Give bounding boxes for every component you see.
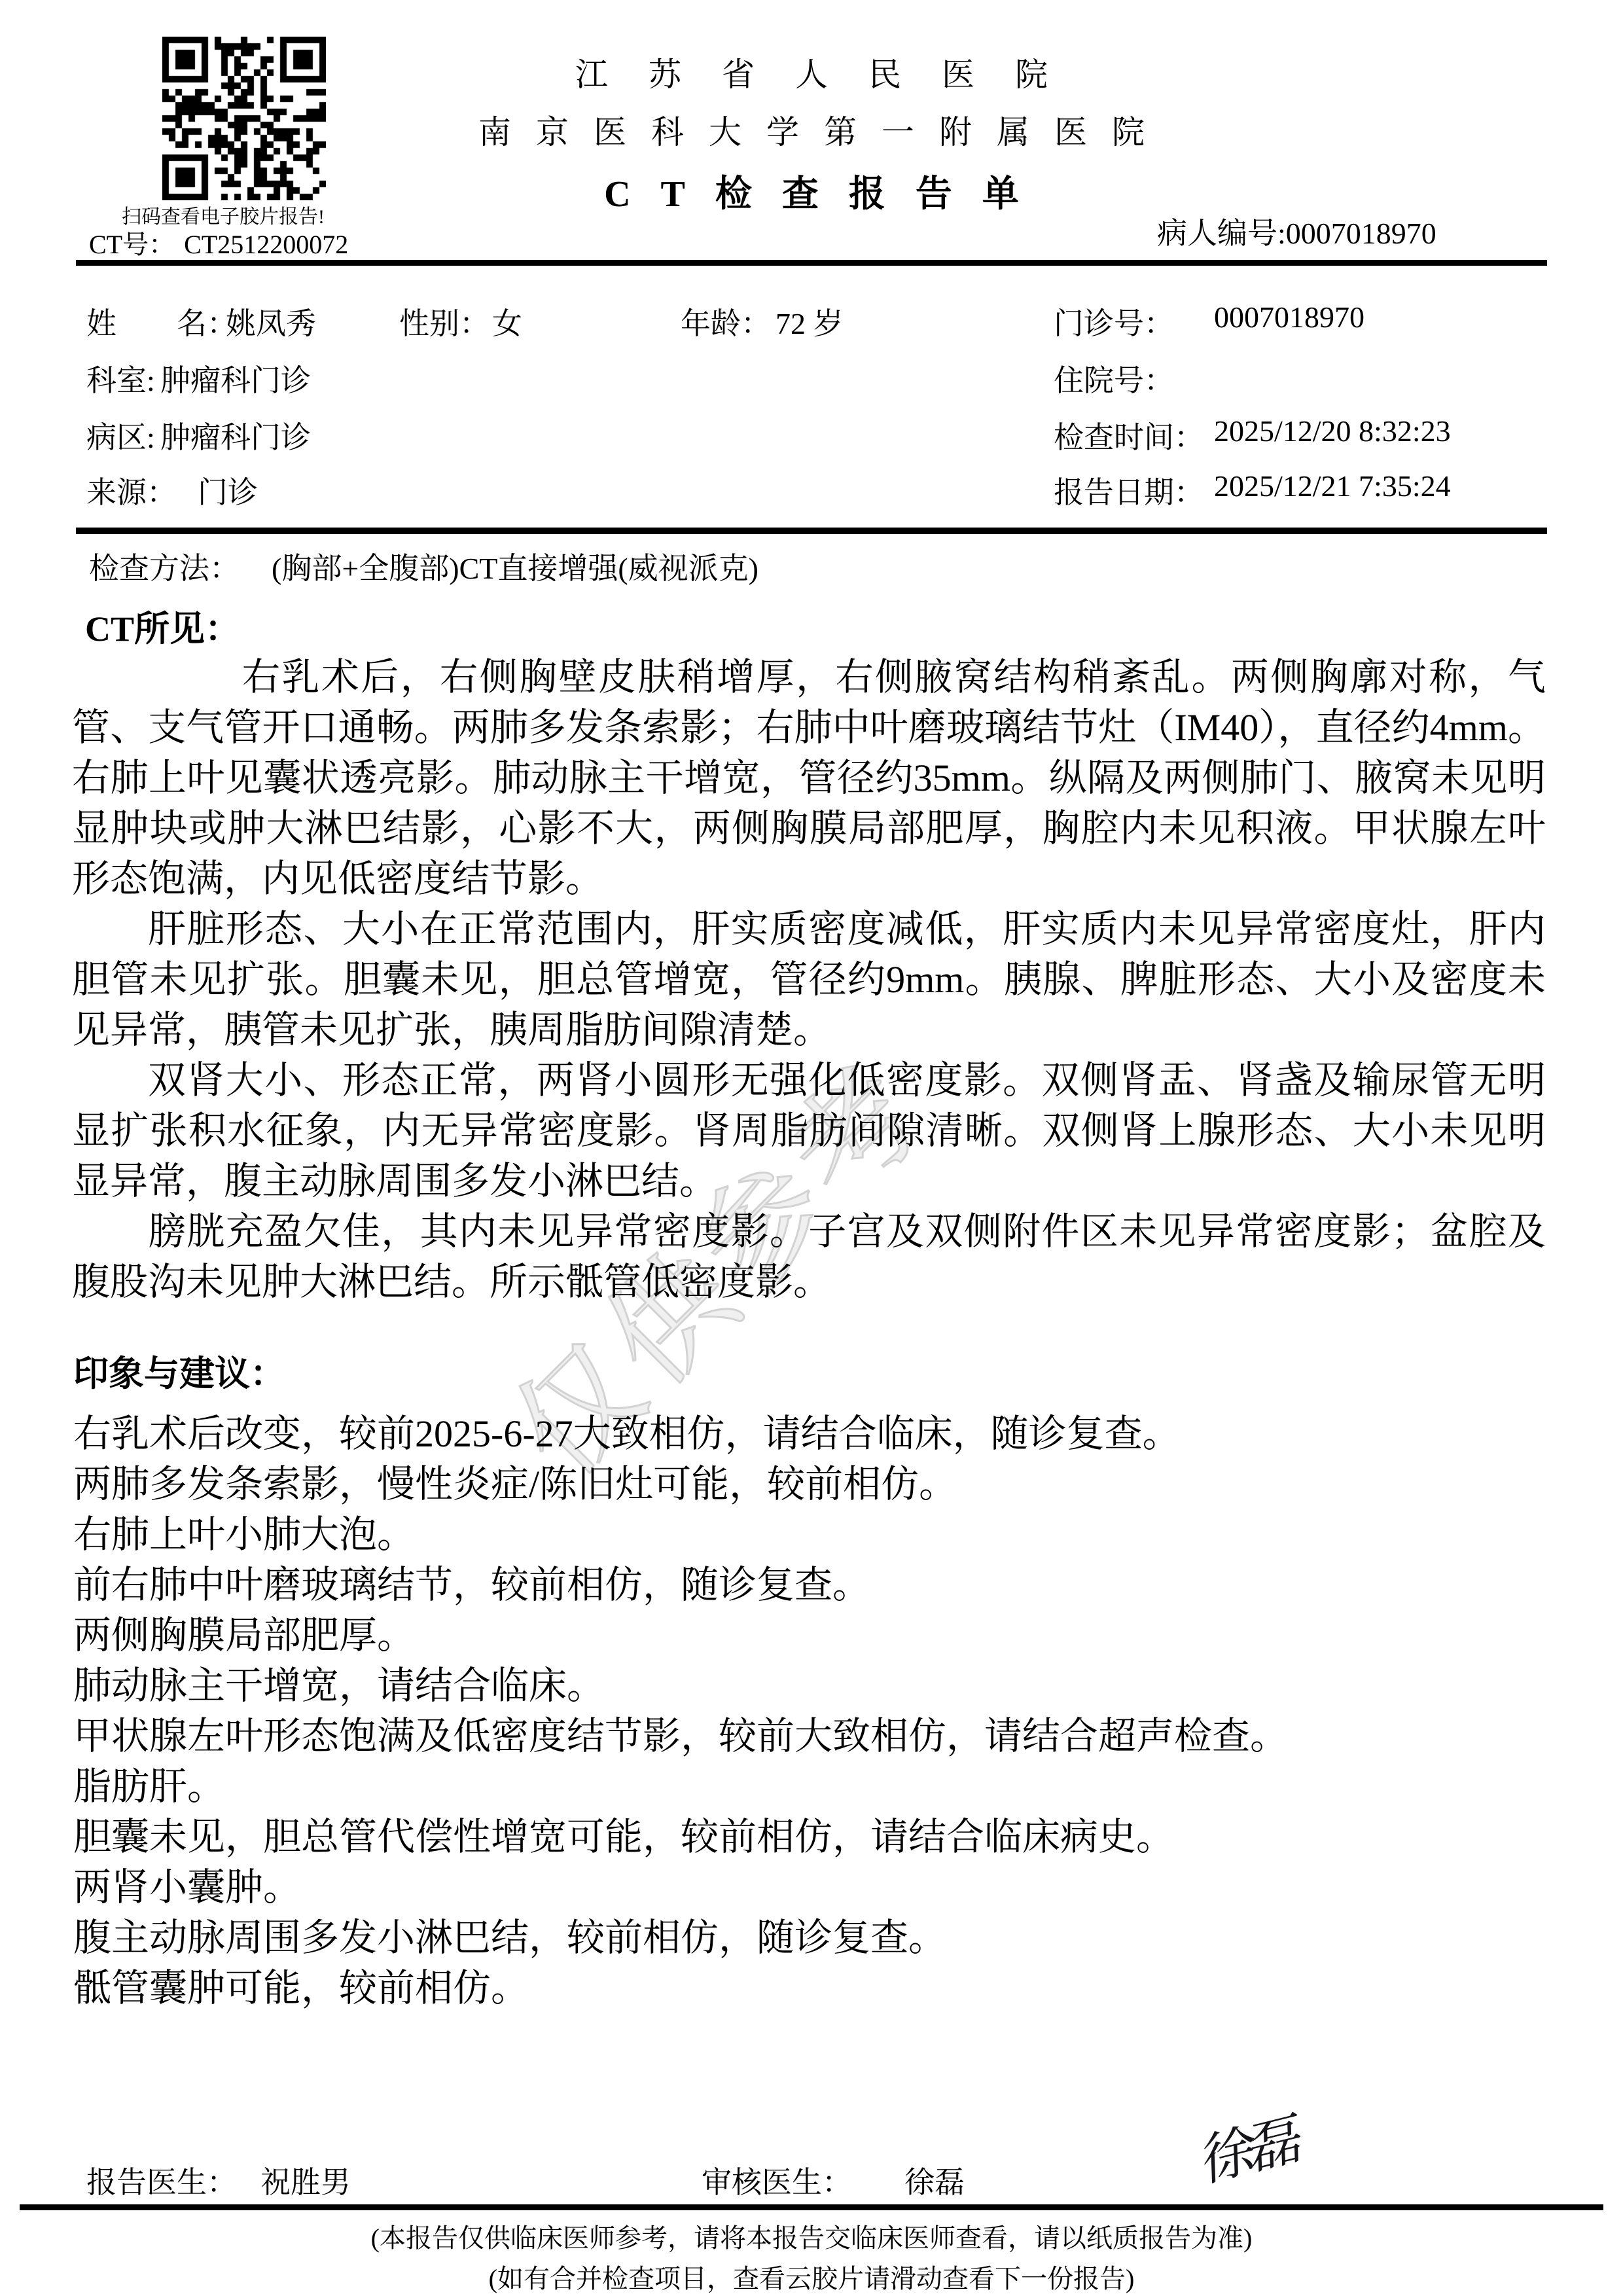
- report-date-value: 2025/12/21 7:35:24: [1214, 469, 1451, 503]
- impression-item: 肺动脉主干增宽，请结合临床。: [73, 1660, 1578, 1711]
- impression-item: 骶管囊肿可能，较前相仿。: [73, 1963, 1578, 2013]
- impression-item: 两侧胸膜局部肥厚。: [73, 1610, 1578, 1660]
- department-label: 科室:: [86, 357, 155, 400]
- department-value: 肿瘤科门诊: [160, 357, 311, 400]
- findings-paragraph: 右乳术后，右侧胸壁皮肤稍增厚，右侧腋窝结构稍紊乱。两侧胸廓对称，气管、支气管开口…: [72, 652, 1546, 904]
- impression-item: 腹主动脉周围多发小淋巴结，较前相仿，随诊复查。: [73, 1912, 1578, 1963]
- impression-item: 两肾小囊肿。: [73, 1862, 1578, 1912]
- review-doctor-label: 审核医生：: [702, 2159, 852, 2202]
- ct-number: CT号：CT2512200072: [89, 224, 348, 261]
- impression-item: 右肺上叶小肺大泡。: [73, 1509, 1578, 1560]
- ward-label: 病区:: [86, 414, 155, 457]
- impression-item: 胆囊未见，胆总管代偿性增宽可能，较前相仿，请结合临床病史。: [73, 1812, 1578, 1862]
- report-doctor-value: 祝胜男: [260, 2159, 351, 2202]
- impression-item: 两肺多发条索影，慢性炎症/陈旧灶可能，较前相仿。: [73, 1459, 1578, 1509]
- findings-heading: CT所见：: [85, 601, 240, 651]
- hospital-name-primary: 江苏省人民医院: [0, 48, 1623, 96]
- impression-item: 前右肺中叶磨玻璃结节，较前相仿，随诊复查。: [73, 1560, 1578, 1610]
- divider-top: [76, 260, 1547, 266]
- reviewer-signature: 徐磊: [1201, 2094, 1298, 2198]
- footer-note-2: (如有合并检查项目，查看云胶片请滑动查看下一份报告): [0, 2258, 1623, 2295]
- exam-time-label: 检查时间：: [1054, 414, 1204, 457]
- inpatient-label: 住院号：: [1054, 357, 1174, 400]
- outpatient-value: 0007018970: [1214, 300, 1364, 334]
- impression-list: 右乳术后改变，较前2025-6-27大致相仿，请结合临床，随诊复查。 两肺多发条…: [73, 1408, 1578, 2013]
- report-date-label: 报告日期：: [1054, 469, 1204, 512]
- age-label: 年龄：: [681, 300, 771, 343]
- ct-number-label: CT号：: [89, 230, 175, 259]
- ct-report-page: 仅供参考 扫码查看电子胶片报告! CT号：CT2512200072 江苏省人民医…: [0, 0, 1623, 2296]
- impression-item: 右乳术后改变，较前2025-6-27大致相仿，请结合临床，随诊复查。: [73, 1408, 1578, 1459]
- footer-note-1: (本报告仅供临床医师参考，请将本报告交临床医师查看，请以纸质报告为准): [0, 2217, 1623, 2255]
- review-doctor-value: 徐磊: [904, 2159, 965, 2202]
- impression-item: 脂肪肝。: [73, 1761, 1578, 1812]
- name-value: 姚凤秀: [226, 300, 316, 343]
- age-value: 72 岁: [776, 300, 844, 343]
- findings-paragraph: 膀胱充盈欠佳，其内未见异常密度影。子宫及双侧附件区未见异常密度影；盆腔及腹股沟未…: [72, 1206, 1546, 1307]
- gender-label: 性别：: [399, 300, 490, 343]
- exam-method-value: (胸部+全腹部)CT直接增强(威视派克): [272, 545, 758, 588]
- findings-paragraph: 肝脏形态、大小在正常范围内，肝实质密度减低，肝实质内未见异常密度灶，肝内胆管未见…: [72, 904, 1546, 1055]
- source-value: 门诊: [198, 469, 258, 512]
- patient-number: 病人编号:0007018970: [1157, 209, 1436, 253]
- impression-heading: 印象与建议：: [73, 1346, 285, 1396]
- gender-value: 女: [492, 300, 522, 343]
- name-label: 姓 名：: [86, 300, 237, 343]
- outpatient-label: 门诊号：: [1054, 300, 1174, 343]
- source-label: 来源：: [86, 469, 177, 512]
- patient-number-label: 病人编号:: [1157, 217, 1286, 250]
- ct-number-value: CT2512200072: [184, 230, 348, 259]
- impression-item: 甲状腺左叶形态饱满及低密度结节影，较前大致相仿，请结合超声检查。: [73, 1711, 1578, 1761]
- findings-paragraph: 双肾大小、形态正常，两肾小圆形无强化低密度影。双侧肾盂、肾盏及输尿管无明显扩张积…: [72, 1055, 1546, 1206]
- divider-patient-info: [76, 528, 1547, 534]
- ward-value: 肿瘤科门诊: [160, 414, 311, 457]
- hospital-name-secondary: 南京医科大学第一附属医院: [0, 106, 1623, 153]
- exam-method-label: 检查方法：: [89, 545, 240, 588]
- divider-footer: [20, 2204, 1603, 2210]
- exam-time-value: 2025/12/20 8:32:23: [1214, 414, 1451, 448]
- patient-number-value: 0007018970: [1286, 217, 1436, 250]
- report-doctor-label: 报告医生：: [86, 2159, 237, 2202]
